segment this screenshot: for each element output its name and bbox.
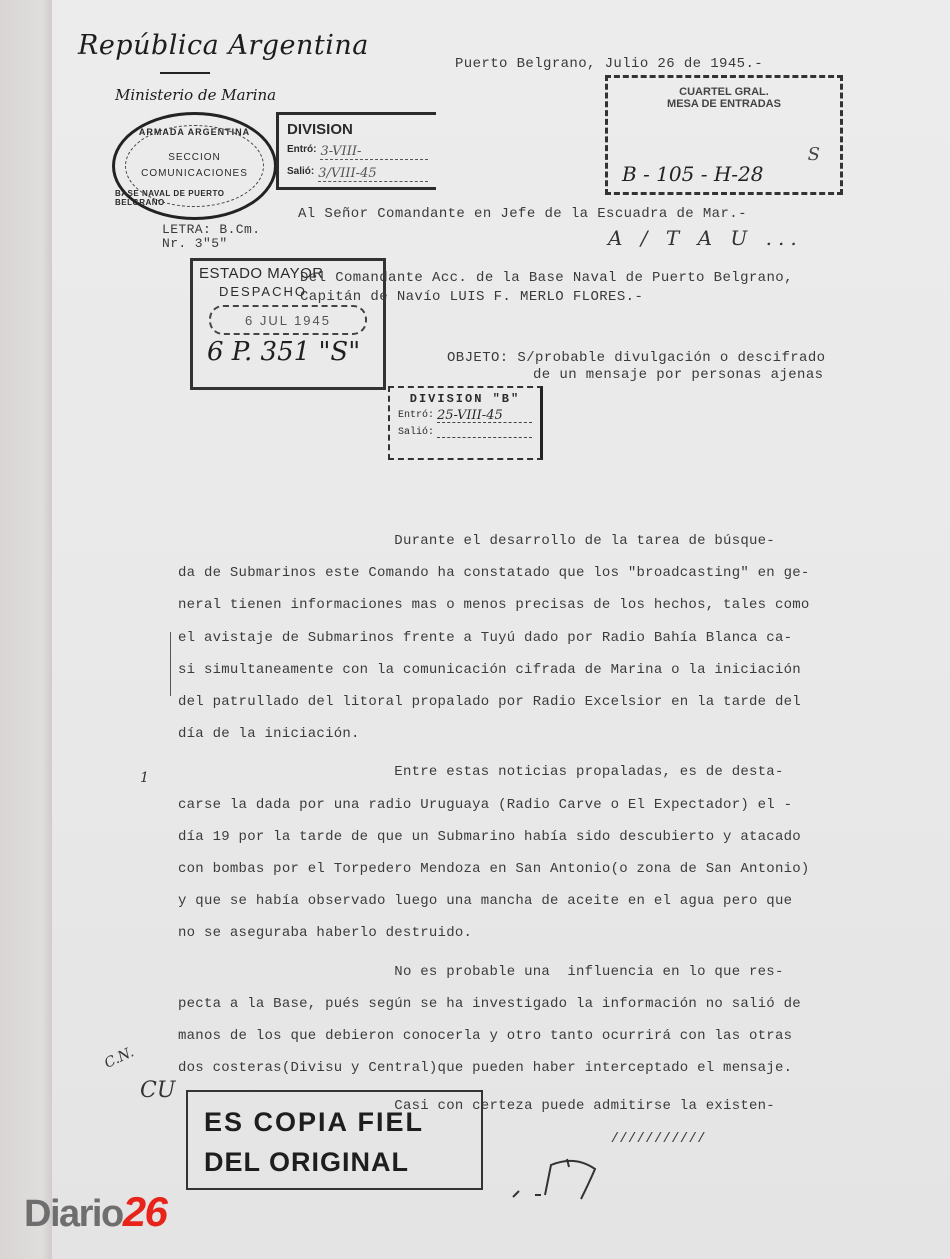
- seal-top-text: ARMADA ARGENTINA: [139, 127, 250, 137]
- division-b-salio-label: Salió:: [398, 427, 434, 438]
- logo-number: 26: [123, 1188, 167, 1235]
- division-stamp-salio-label: Salió:: [287, 166, 314, 182]
- diario26-logo: Diario26: [24, 1188, 166, 1236]
- body-paragraph-2: Entre estas noticias propaladas, es de d…: [178, 756, 878, 949]
- letterhead-rule: [160, 72, 210, 74]
- division-stamp: DIVISION Entró: 3-VIII- Salió: 3/VIII-45: [276, 112, 436, 190]
- seal-bottom-text: BASE NAVAL DE PUERTO BELGRANO: [115, 189, 274, 207]
- division-stamp-title: DIVISION: [287, 121, 428, 138]
- numero-reference: Nr. 3"5": [162, 236, 228, 251]
- estado-stamp-date: 6 JUL 1945: [209, 305, 367, 335]
- division-stamp-entro-value: 3-VIII-: [320, 144, 428, 160]
- margin-note-numeral: 1: [140, 770, 149, 786]
- division-stamp-salio-row: Salió: 3/VIII-45: [287, 166, 428, 182]
- sender-line1: Del Comandante Acc. de la Base Naval de …: [300, 270, 793, 286]
- seccion-comunicaciones-seal: ARMADA ARGENTINA SECCION COMUNICACIONES …: [112, 112, 277, 220]
- division-b-salio-value: [437, 427, 532, 438]
- book-binding-edge: [0, 0, 52, 1259]
- sender-line2: Capitán de Navío LUIS F. MERLO FLORES.-: [300, 289, 643, 305]
- body-paragraph-1: Durante el desarrollo de la tarea de bús…: [178, 525, 878, 750]
- mesa-entradas-stamp: CUARTEL GRAL. MESA DE ENTRADAS S B - 105…: [605, 75, 843, 195]
- division-b-stamp: DIVISION "B" Entró: 25-VIII-45 Salió:: [388, 386, 543, 460]
- subject-line2: de un mensaje por personas ajenas: [533, 367, 823, 383]
- letterhead-country: República Argentina: [78, 30, 369, 61]
- division-b-title: DIVISION "B": [398, 392, 532, 406]
- letra-reference: LETRA: B.Cm.: [162, 222, 260, 237]
- division-stamp-entro-row: Entró: 3-VIII-: [287, 144, 428, 160]
- mesa-stamp-mark: S: [808, 144, 820, 165]
- place-date: Puerto Belgrano, Julio 26 de 1945.-: [455, 56, 763, 72]
- logo-word: Diario: [24, 1193, 123, 1235]
- estado-stamp-reference: 6 P. 351 "S": [207, 337, 377, 367]
- division-b-entro-value: 25-VIII-45: [437, 410, 532, 423]
- division-stamp-entro-label: Entró:: [287, 144, 316, 160]
- copia-stamp-line1: ES COPIA FIEL: [204, 1102, 471, 1142]
- division-b-entro-label: Entró:: [398, 410, 434, 423]
- division-stamp-salio-value: 3/VIII-45: [318, 166, 428, 182]
- mesa-stamp-line2: MESA DE ENTRADAS: [608, 98, 840, 110]
- addressee-handwritten-note: A / T A U ...: [608, 226, 803, 250]
- subject-line1: OBJETO: S/probable divulgación o descifr…: [447, 350, 825, 366]
- division-b-entro-row: Entró: 25-VIII-45: [398, 410, 532, 423]
- copia-stamp-line2: DEL ORIGINAL: [204, 1142, 471, 1182]
- body-paragraph-3: No es probable una influencia en lo que …: [178, 956, 878, 1085]
- letterhead-ministry: Ministerio de Marina: [115, 86, 276, 104]
- copia-fiel-stamp: ES COPIA FIEL DEL ORIGINAL: [186, 1090, 483, 1190]
- addressee: Al Señor Comandante en Jefe de la Escuad…: [298, 206, 747, 222]
- mesa-stamp-reference: B - 105 - H-28: [622, 162, 763, 186]
- division-b-salio-row: Salió:: [398, 427, 532, 438]
- signature-mark: [505, 1155, 605, 1205]
- letter-body: Durante el desarrollo de la tarea de bús…: [178, 525, 878, 1161]
- mesa-stamp-line1: CUARTEL GRAL.: [608, 86, 840, 98]
- handwritten-initials-cu: CU: [140, 1078, 175, 1103]
- margin-bracket-mark: [170, 632, 171, 696]
